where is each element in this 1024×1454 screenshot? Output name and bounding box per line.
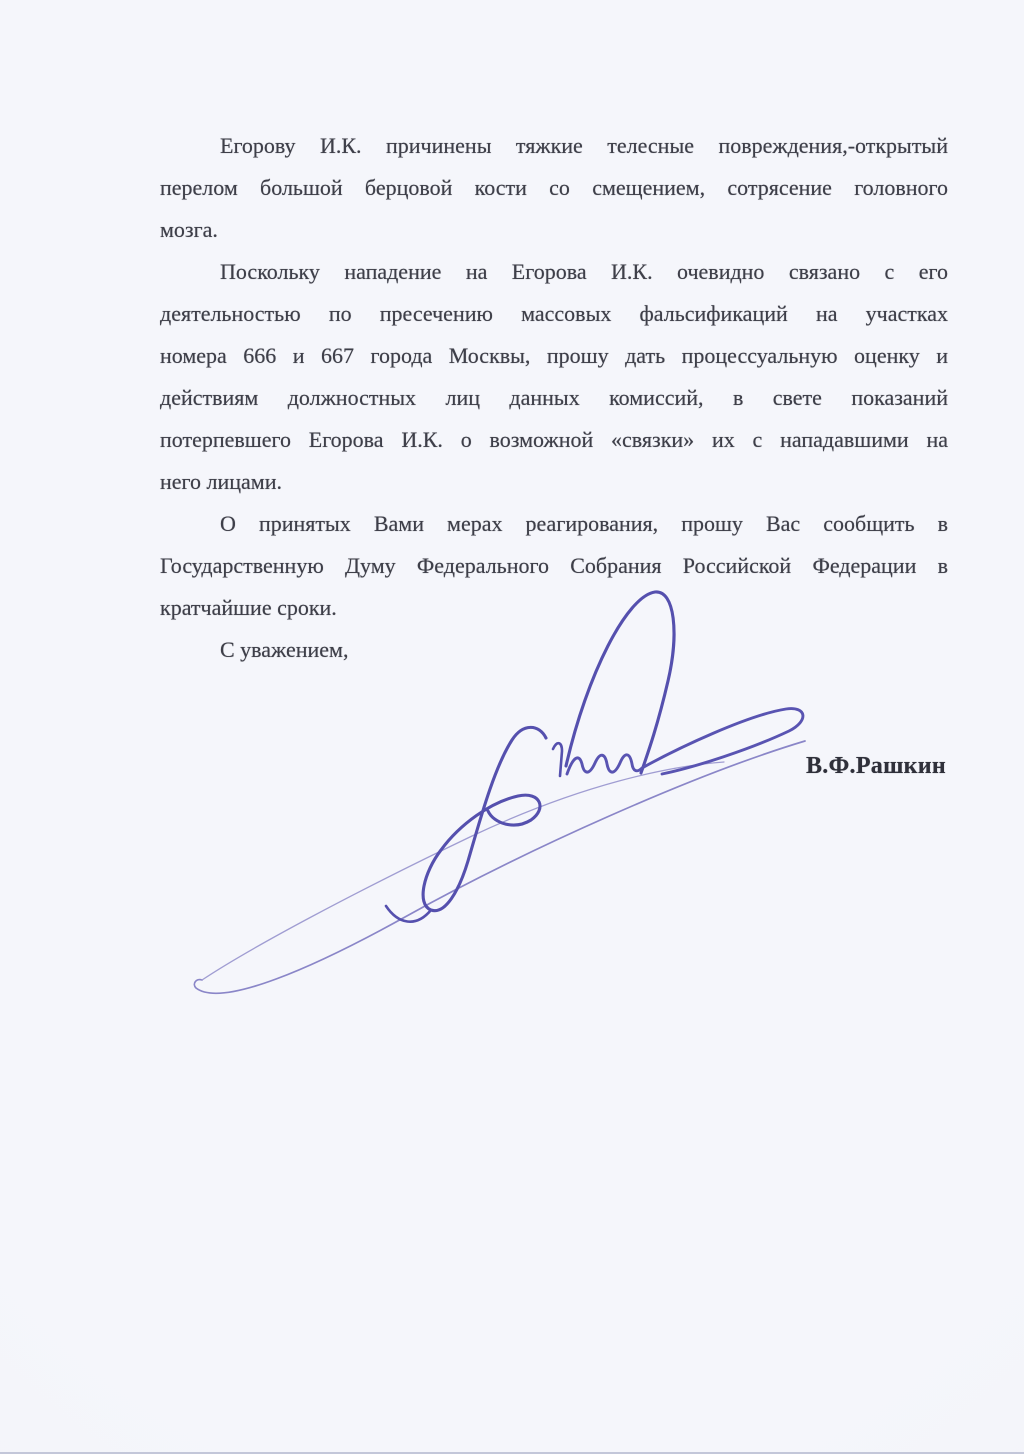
signer-name: В.Ф.Рашкин xyxy=(806,753,946,780)
signature-letter-stroke xyxy=(423,727,546,910)
text-line: деятельностью по пресечению массовых фал… xyxy=(160,293,948,335)
signature-flourish-stroke xyxy=(202,762,724,980)
closing-paragraph: С уважением, xyxy=(160,629,948,671)
text-line: мозга. xyxy=(160,209,948,251)
text-line: действиям должностных лиц данных комисси… xyxy=(160,377,948,419)
text-line: кратчайшие сроки. xyxy=(160,587,948,629)
paragraph: О принятых Вами мерах реагирования, прош… xyxy=(160,503,948,629)
paragraph: Поскольку нападение на Егорова И.К. очев… xyxy=(160,251,948,503)
text-line: Егорову И.К. причинены тяжкие телесные п… xyxy=(160,125,948,167)
text-line: перелом большой берцовой кости со смещен… xyxy=(160,167,948,209)
signature-letter-stroke xyxy=(567,709,803,774)
text-line: Государственную Думу Федерального Собран… xyxy=(160,545,948,587)
text-line: Поскольку нападение на Егорова И.К. очев… xyxy=(160,251,948,293)
text-line: него лицами. xyxy=(160,461,948,503)
signature-letter-stroke xyxy=(553,743,562,776)
closing-line: С уважением, xyxy=(160,629,948,671)
text-line: потерпевшего Егорова И.К. о возможной «с… xyxy=(160,419,948,461)
letter-body: Егорову И.К. причинены тяжкие телесные п… xyxy=(160,125,948,671)
text-line: О принятых Вами мерах реагирования, прош… xyxy=(160,503,948,545)
signature-letter-stroke xyxy=(386,906,431,922)
text-line: номера 666 и 667 города Москвы, прошу да… xyxy=(160,335,948,377)
signature-flourish-stroke xyxy=(194,741,805,993)
scanned-letter-page: Егорову И.К. причинены тяжкие телесные п… xyxy=(0,0,1024,1454)
paragraph: Егорову И.К. причинены тяжкие телесные п… xyxy=(160,125,948,251)
